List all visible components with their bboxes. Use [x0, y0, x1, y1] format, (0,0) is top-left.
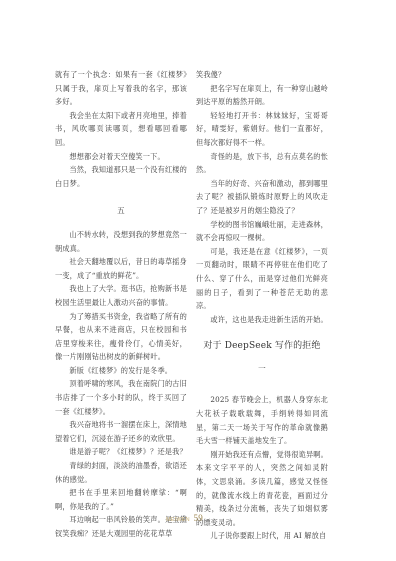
- paragraph: 刚开始我还有点懵，觉得很诡异啊。本来文字平平的人，突然之间如灵附体，文思泉涌。多…: [196, 448, 328, 530]
- paragraph: 想想都会对着天空傻笑一下。: [55, 150, 187, 164]
- paragraph: 就有了一个执念：如果有一套《红楼梦》只属于我，扉页上写着我的名字，那该多好。: [55, 68, 187, 109]
- magazine-name: MEIWEN: [166, 517, 190, 523]
- paragraph: 可是，我还是在意《红楼梦》，一页一页翻动时，眼睛不再停驻在他们吃了什么、穿了什么…: [196, 245, 328, 313]
- paragraph: 谁是游子呢？《红楼梦》？还是我？: [55, 445, 187, 459]
- paragraph: 我会坐在太阳下或者月亮地里，捧着书，风吹哪页读哪页，想看哪回看哪回。: [55, 109, 187, 150]
- paragraph: 当然，我知道那只是一个没有红楼的白日梦。: [55, 163, 187, 190]
- section-number: 五: [55, 204, 187, 218]
- article-title: 对于 DeepSeek 写作的拒绝: [196, 340, 328, 354]
- paragraph: 青绿的封面，淡淡的油墨香，欲语还休的感觉。: [55, 459, 187, 486]
- paragraph: 顶着呼啸的寒风，我在南院门的古旧书店排了一个多小时的队，终于买回了一套《红楼梦》…: [55, 377, 187, 418]
- paragraph: 2025 春节晚会上，机器人身穿东北大花袄子载歌载舞，手绢转得如同流星，第二天一…: [196, 393, 328, 447]
- paragraph: 新版《红楼梦》的发行是冬季。: [55, 364, 187, 378]
- paragraph: 把名字写在扉页上，有一种穿山越岭到达平原的豁然开朗。: [196, 82, 328, 109]
- paragraph: 轻轻地打开书：林妹妹好，宝哥哥好，晴雯好，紫娟好。他们一直都好，但每次都好得不一…: [196, 109, 328, 150]
- section-number: 一: [196, 362, 328, 376]
- paragraph: 社会天翻地覆以后，昔日的毒草摇身一变，成了“重放的鲜花”。: [55, 255, 187, 282]
- paragraph: 把书在手里来回地翻转摩挲：“啊啊，你是我的了。”: [55, 486, 187, 513]
- paragraph: 笑我傻？: [196, 68, 328, 82]
- left-column: 就有了一个执念：如果有一套《红楼梦》只属于我，扉页上写着我的名字，那该多好。 我…: [55, 68, 187, 541]
- paragraph: 学校的图书馆巍峨壮丽，走进森林，就不会再惊叹一棵树。: [196, 218, 328, 245]
- paragraph: 我兴奋地将书一溜摆在床上，深情地望着它们，沉浸在游子还乡的欢欣里。: [55, 418, 187, 445]
- paragraph: 奇怪的是，放下书，总有点莫名的怅然。: [196, 150, 328, 177]
- paragraph: 我也上了大学。逛书店，抢购新书是校园生活里最让人激动兴奋的事情。: [55, 282, 187, 309]
- paragraph: 为了筹措买书资金，我省略了所有的早餐，也从来不进商店，只在校园和书店里穿梭来往，…: [55, 310, 187, 364]
- right-column: 笑我傻？ 把名字写在扉页上，有一种穿山越岭到达平原的豁然开朗。 轻轻地打开书：林…: [196, 68, 328, 543]
- paragraph: 儿子说你要跟上时代，用 AI 解放自: [196, 529, 328, 543]
- page-footer: MEIWEN 59: [166, 513, 203, 523]
- paragraph: 当年的好奇、兴奋和激动，都到哪里去了呢？被插队锻炼时原野上的风吹走了？还是被岁月…: [196, 177, 328, 218]
- paragraph: 山不转水转，没想到我的梦想竟然一朝成真。: [55, 228, 187, 255]
- paragraph: 或许，这也是我走进新生活的开始。: [196, 313, 328, 327]
- page-number: 59: [194, 513, 203, 523]
